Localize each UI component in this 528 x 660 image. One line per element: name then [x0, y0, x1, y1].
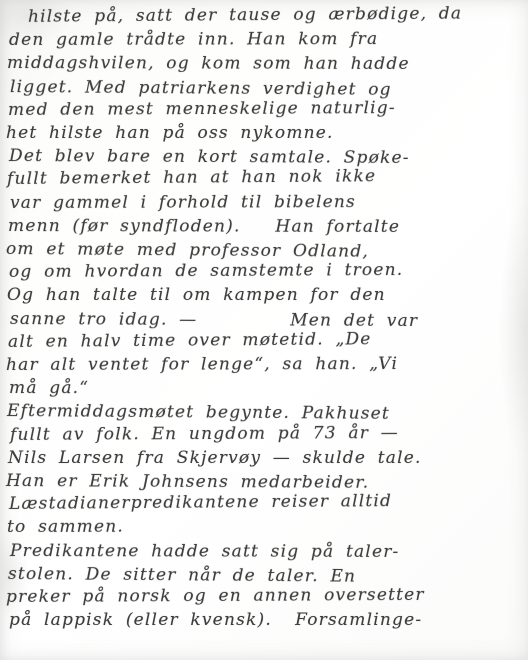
handwritten-line: fullt bemerket han at han nok ikke: [7, 165, 527, 192]
handwritten-line: var gammel i forhold til bibelens: [10, 190, 528, 214]
handwritten-line: på lappisk (eller kvensk). Forsamlinge-: [9, 609, 528, 632]
handwritten-line: menn (før syndfloden). Han fortalte: [8, 215, 528, 239]
handwritten-line: preker på norsk og en annen oversetter: [6, 583, 526, 609]
handwritten-line: Predikantene hadde satt sig på taler-: [10, 540, 528, 564]
handwritten-line: Læstadianerpredikantene reiser alltid: [9, 489, 528, 516]
handwritten-line: hilste på, satt der tause og ærbødige, d…: [6, 2, 526, 29]
handwritten-line: het hilste han på oss nykomne.: [6, 122, 526, 145]
manuscript-page: hilste på, satt der tause og ærbødige, d…: [0, 0, 528, 660]
handwritten-line: og om hvordan de samstemte i troen.: [9, 259, 528, 285]
handwritten-line: må gå.“: [9, 377, 528, 401]
handwritten-line: fullt av folk. En ungdom på 73 år —: [10, 421, 528, 447]
handwritten-line: har alt ventet for lenge“, sa han. „Vi: [6, 353, 526, 377]
handwritten-line: med den mest menneskelige naturlig-: [8, 96, 528, 122]
handwritten-line: to sammen.: [7, 515, 527, 539]
handwritten-line: Og han talte til om kampen for den: [7, 284, 527, 307]
handwritten-line: alt en halv time over møtetid. „De: [8, 327, 528, 354]
handwritten-line: middagshvilen, og kom som han hadde: [7, 52, 527, 76]
handwritten-text-block: hilste på, satt der tause og ærbødige, d…: [6, 6, 526, 632]
handwritten-line: den gamle trådte inn. Han kom fra: [9, 28, 528, 52]
handwritten-line: Nils Larsen fra Skjervøy — skulde tale.: [8, 447, 528, 470]
